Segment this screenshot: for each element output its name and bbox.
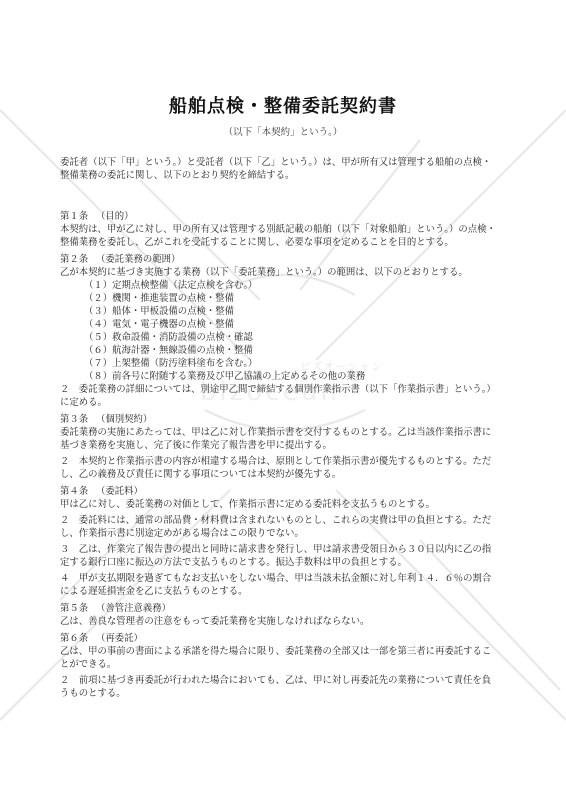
article-5: 第５条（善管注意義務） 乙は、善良な管理者の注意をもって委託業務を実施しなければ… — [60, 602, 496, 628]
article-heading: 第２条（委託業務の範囲） — [60, 253, 496, 266]
list-item: （６）航海計器・無線設備の点検・整備 — [60, 344, 496, 357]
article-paragraph: 乙が本契約に基づき実施する業務（以下「委託業務」という。）の範囲は、以下のとおり… — [60, 266, 496, 279]
article-heading: 第４条（委託料） — [60, 485, 496, 498]
article-number: 第６条 — [60, 632, 96, 645]
article-number: 第３条 — [60, 413, 96, 426]
article-subparagraph: ２ 委託料には、通常の部品費・材料費は含まれないものとし、これらの実費は甲の負担… — [60, 514, 496, 540]
article-caption: （再委託） — [96, 633, 143, 644]
article-paragraph: 乙は、甲の事前の書面による承諾を得た場合に限り、委託業務の全部又は一部を第三者に… — [60, 645, 496, 671]
article-caption: （委託業務の範囲） — [96, 254, 180, 265]
article-caption: （善管注意義務） — [96, 603, 171, 614]
list-item: （３）船体・甲板設備の点検・整備 — [60, 305, 496, 318]
list-item: （８）前各号に附随する業務及び甲乙協議の上定めるその他の業務 — [60, 370, 496, 383]
article-1: 第１条（目的） 本契約は、甲が乙に対し、甲の所有又は管理する別紙記載の船舶（以下… — [60, 210, 496, 249]
preamble: 委託者（以下「甲」という。）と受託者（以下「乙」という。）は、甲が所有又は管理す… — [60, 156, 496, 182]
article-heading: 第６条（再委託） — [60, 632, 496, 645]
article-6: 第６条（再委託） 乙は、甲の事前の書面による承諾を得た場合に限り、委託業務の全部… — [60, 632, 496, 700]
article-number: 第５条 — [60, 602, 96, 615]
article-4: 第４条（委託料） 甲は乙に対し、委託業務の対価として、作業指示書に定める委託料を… — [60, 485, 496, 598]
document-page: 船舶点検・整備委託契約書 （以下「本契約」という。） 委託者（以下「甲」という。… — [0, 0, 566, 800]
article-subparagraph: ２ 前項に基づき再委託が行われた場合においても、乙は、甲に対し再委託先の業務につ… — [60, 674, 496, 700]
list-item: （７）上架整備（防汚塗料塗布を含む。） — [60, 357, 496, 370]
document-subtitle: （以下「本契約」という。） — [0, 124, 566, 138]
article-number: 第１条 — [60, 210, 96, 223]
list-item: （４）電気・電子機器の点検・整備 — [60, 318, 496, 331]
article-subparagraph: ３ 乙は、作業完了報告書の提出と同時に請求書を発行し、甲は請求書受領日から３０日… — [60, 543, 496, 569]
article-paragraph: 乙は、善良な管理者の注意をもって委託業務を実施しなければならない。 — [60, 615, 496, 628]
document-title: 船舶点検・整備委託契約書 — [0, 92, 566, 118]
article-subparagraph: ２ 委託業務の詳細については、別途甲乙間で締結する個別作業指示書（以下「作業指示… — [60, 383, 496, 409]
article-heading: 第５条（善管注意義務） — [60, 602, 496, 615]
article-caption: （個別契約） — [96, 414, 152, 425]
list-item: （２）機関・推進装置の点検・整備 — [60, 292, 496, 305]
list-item: （５）救命設備・消防設備の点検・確認 — [60, 331, 496, 344]
document-body: 委託者（以下「甲」という。）と受託者（以下「乙」という。）は、甲が所有又は管理す… — [60, 156, 496, 700]
article-subparagraph: ２ 本契約と作業指示書の内容が相違する場合は、原則として作業指示書が優先するもの… — [60, 455, 496, 481]
article-paragraph: 甲は乙に対し、委託業務の対価として、作業指示書に定める委託料を支払うものとする。 — [60, 498, 496, 511]
article-paragraph: 本契約は、甲が乙に対し、甲の所有又は管理する別紙記載の船舶（以下「対象船舶」とい… — [60, 223, 496, 249]
list-item: （１）定期点検整備（法定点検を含む。） — [60, 279, 496, 292]
article-3: 第３条（個別契約） 委託業務の実施にあたっては、甲は乙に対し作業指示書を交付する… — [60, 413, 496, 481]
article-number: 第４条 — [60, 485, 96, 498]
article-caption: （目的） — [96, 211, 134, 222]
article-caption: （委託料） — [96, 486, 143, 497]
article-heading: 第１条（目的） — [60, 210, 496, 223]
article-number: 第２条 — [60, 253, 96, 266]
article-paragraph: 委託業務の実施にあたっては、甲は乙に対し作業指示書を交付するものとする。乙は当該… — [60, 426, 496, 452]
article-subparagraph: ４ 甲が支払期限を過ぎてもなお支払いをしない場合、甲は当該未払金額に対し年利１４… — [60, 572, 496, 598]
article-2: 第２条（委託業務の範囲） 乙が本契約に基づき実施する業務（以下「委託業務」という… — [60, 253, 496, 409]
article-heading: 第３条（個別契約） — [60, 413, 496, 426]
